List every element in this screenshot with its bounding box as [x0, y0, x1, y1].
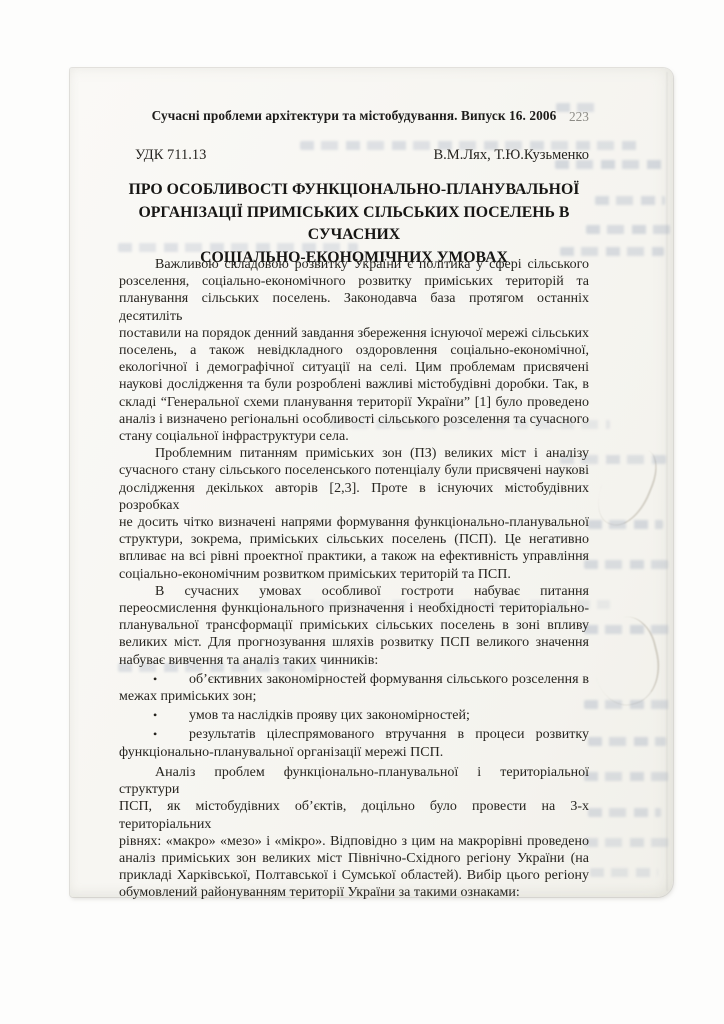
showthrough-artifact: [588, 808, 661, 817]
text-line: сучасного стану сільського поселенського…: [119, 462, 589, 479]
showthrough-artifact: [588, 737, 666, 746]
showthrough-artifact: [584, 700, 670, 709]
text-line: поселень, а також невідкладного оздоровл…: [119, 342, 589, 359]
text-line: •об’єктивних закономірностей формування …: [119, 671, 589, 688]
text-line: переосмислення функціонального призначен…: [119, 600, 589, 617]
showthrough-artifact: [584, 772, 668, 781]
text-line: рівнях: «макро» «мезо» і «мікро». Відпов…: [119, 833, 589, 850]
text-line: набуває вивчення та аналіз таких чинникі…: [119, 652, 589, 669]
text-line: дослідження декількох авторів [2,3]. Про…: [119, 480, 589, 514]
showthrough-artifact: [586, 225, 670, 234]
showthrough-artifact: [588, 520, 663, 529]
bullet-item: •умов та наслідків прояву цих закономірн…: [119, 707, 589, 724]
paper-crease: [666, 72, 668, 891]
title-line: ОРГАНІЗАЦІЇ ПРИМІСЬКИХ СІЛЬСЬКИХ ПОСЕЛЕН…: [119, 202, 589, 247]
text-line: впливає на всі рівні проектної практики,…: [119, 548, 589, 565]
bullet-item: •об’єктивних закономірностей формування …: [119, 671, 589, 705]
text-line: аналіз приміських зон великих міст Півні…: [119, 850, 589, 867]
text-line: планування сільських поселень. Законодав…: [119, 290, 589, 324]
article-body: Важливою складовою розвитку України є по…: [119, 256, 589, 902]
text-line: наукові дослідження та були розроблені в…: [119, 376, 589, 393]
text-line: Важливою складовою розвитку України є по…: [119, 256, 589, 273]
text-line: межах приміських зон;: [119, 688, 589, 705]
meta-row: УДК 711.13 В.М.Лях, Т.Ю.Кузьменко: [119, 147, 589, 164]
text-line: не досить чітко визначені напрями формув…: [119, 514, 589, 531]
paper-page: Сучасні проблеми архітектури та містобуд…: [70, 68, 673, 897]
udc-code: УДК 711.13: [119, 147, 206, 164]
authors: В.М.Лях, Т.Ю.Кузьменко: [434, 147, 589, 164]
text-line: складі “Генеральної схеми планування тер…: [119, 394, 589, 411]
showthrough-artifact: [590, 868, 658, 877]
text-line: структури, зокрема, приміських сільських…: [119, 531, 589, 548]
showthrough-artifact: [584, 838, 668, 847]
bullet-icon: •: [153, 726, 189, 743]
text-line: великих міст. Для прогнозування шляхів р…: [119, 634, 589, 651]
title-line: ПРО ОСОБЛИВОСТІ ФУНКЦІОНАЛЬНО-ПЛАНУВАЛЬН…: [119, 179, 589, 202]
bullet-icon: •: [153, 707, 189, 724]
text-line: •умов та наслідків прояву цих закономірн…: [119, 707, 589, 724]
text-line: планувальної трансформації приміських сі…: [119, 617, 589, 634]
paragraph: Проблемним питанням приміських зон (ПЗ) …: [119, 445, 589, 583]
journal-header: Сучасні проблеми архітектури та містобуд…: [119, 108, 589, 124]
text-line: аналіз і визначено регіональні особливос…: [119, 411, 589, 428]
showthrough-artifact: [584, 560, 668, 569]
text-line: обумовлений районуванням території Украї…: [119, 884, 589, 901]
showthrough-artifact: [595, 196, 665, 205]
text-line: розселення, соціально-економічного розви…: [119, 273, 589, 290]
page-number: 223: [569, 109, 629, 125]
paragraph: Аналіз проблем функціонально-планувально…: [119, 764, 589, 902]
text-line: Проблемним питанням приміських зон (ПЗ) …: [119, 445, 589, 462]
text-line: ПСП, як містобудівних об’єктів, доцільно…: [119, 798, 589, 832]
showthrough-artifact: [584, 625, 670, 634]
scan-background: Сучасні проблеми архітектури та містобуд…: [0, 0, 724, 1024]
text-line: соціально-економічним розвитком приміськ…: [119, 566, 589, 583]
text-line: поставили на порядок денний завдання збе…: [119, 325, 589, 342]
bullet-icon: •: [153, 671, 189, 688]
text-line: екологічної і демографічної ситуації на …: [119, 359, 589, 376]
text-line: •результатів цілеспрямованого втручання …: [119, 726, 589, 743]
text-line: прикладі Харківської, Полтавської і Сумс…: [119, 867, 589, 884]
text-line: функціонально-планувальної організації м…: [119, 744, 589, 761]
paragraph: Важливою складовою розвитку України є по…: [119, 256, 589, 445]
text-line: Аналіз проблем функціонально-планувально…: [119, 764, 589, 798]
bullet-item: •результатів цілеспрямованого втручання …: [119, 726, 589, 760]
text-line: В сучасних умовах особливої гостроти наб…: [119, 583, 589, 600]
text-line: стану соціальної інфраструктури села.: [119, 428, 589, 445]
paragraph: В сучасних умовах особливої гостроти наб…: [119, 583, 589, 669]
